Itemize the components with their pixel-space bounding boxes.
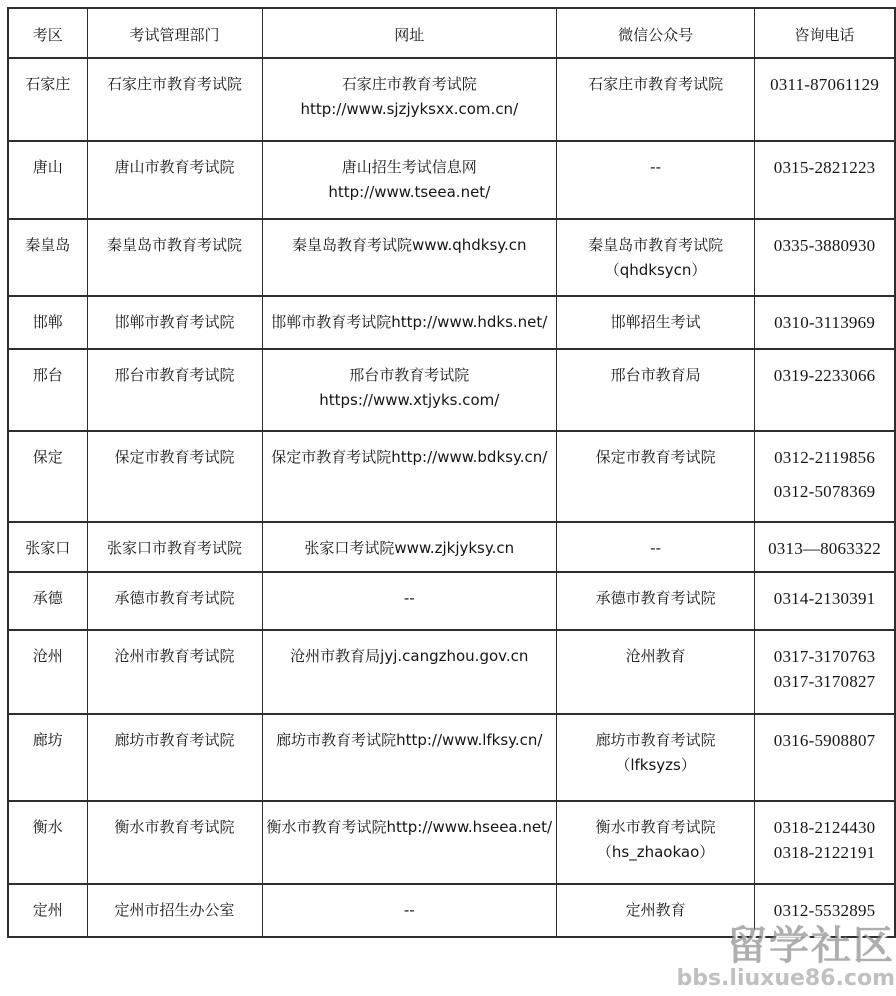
cell-department: 沧州市教育考试院 [87,630,262,714]
wechat-line: 石家庄市教育考试院 [561,74,750,95]
phone-line: 0312-5078369 [759,481,890,502]
cell-department: 廊坊市教育考试院 [87,714,262,801]
cell-phone: 0313—8063322 [755,522,895,572]
phone-line: 0312-5532895 [759,900,890,921]
wechat-line: 邢台市教育局 [561,365,750,386]
cell-website: 廊坊市教育考试院http://www.lfksy.cn/ [262,714,557,801]
cell-website: 唐山招生考试信息网http://www.tseea.net/ [262,141,557,219]
region-line: 石家庄 [13,74,83,95]
cell-department: 张家口市教育考试院 [87,522,262,572]
table-row: 廊坊廊坊市教育考试院廊坊市教育考试院http://www.lfksy.cn/廊坊… [8,714,895,801]
cell-wechat: 衡水市教育考试院（hs_zhaokao） [557,801,755,884]
cell-phone: 0312-5532895 [755,884,895,937]
phone-line: 0316-5908807 [759,730,890,751]
header-department: 考试管理部门 [87,8,262,58]
cell-wechat: 邢台市教育局 [557,349,755,431]
cell-department: 邯郸市教育考试院 [87,296,262,349]
cell-wechat: 石家庄市教育考试院 [557,58,755,141]
header-region: 考区 [8,8,87,58]
wechat-line: -- [561,157,750,178]
phone-line: 0310-3113969 [759,312,890,333]
website-line: 张家口考试院www.zjkjyksy.cn [267,538,553,559]
cell-phone: 0315-2821223 [755,141,895,219]
header-phone: 咨询电话 [755,8,895,58]
wechat-line: 邯郸招生考试 [561,312,750,333]
table-body: 石家庄石家庄市教育考试院石家庄市教育考试院http://www.sjzjyksx… [8,58,895,937]
cell-department: 承德市教育考试院 [87,572,262,630]
cell-website: 衡水市教育考试院http://www.hseea.net/ [262,801,557,884]
cell-wechat: -- [557,522,755,572]
region-line: 衡水 [13,817,83,838]
wechat-line: -- [561,538,750,559]
department-line: 秦皇岛市教育考试院 [92,235,258,256]
phone-line: 0335-3880930 [759,235,890,256]
department-line: 保定市教育考试院 [92,447,258,468]
website-line: 衡水市教育考试院http://www.hseea.net/ [267,817,553,838]
phone-line: 0312-2119856 [759,447,890,468]
cell-phone: 0318-21244300318-2122191 [755,801,895,884]
region-line: 秦皇岛 [13,235,83,256]
table-row: 邯郸邯郸市教育考试院邯郸市教育考试院http://www.hdks.net/邯郸… [8,296,895,349]
region-line: 邯郸 [13,312,83,333]
cell-website: 邯郸市教育考试院http://www.hdks.net/ [262,296,557,349]
cell-phone: 0312-21198560312-5078369 [755,431,895,522]
cell-phone: 0311-87061129 [755,58,895,141]
phone-line: 0319-2233066 [759,365,890,386]
wechat-line: （qhdksycn） [561,260,750,281]
table-row: 张家口张家口市教育考试院张家口考试院www.zjkjyksy.cn--0313—… [8,522,895,572]
watermark-url: bbs.liuxue86.com [676,968,895,990]
website-line: 邢台市教育考试院 [267,365,553,386]
cell-region: 定州 [8,884,87,937]
region-line: 唐山 [13,157,83,178]
website-line: 保定市教育考试院http://www.bdksy.cn/ [267,447,553,468]
region-line: 沧州 [13,646,83,667]
cell-wechat: 保定市教育考试院 [557,431,755,522]
table-row: 定州定州市招生办公室--定州教育0312-5532895 [8,884,895,937]
website-line: 唐山招生考试信息网 [267,157,553,178]
cell-wechat: 定州教育 [557,884,755,937]
phone-line: 0314-2130391 [759,588,890,609]
phone-line: 0318-2124430 [759,817,890,838]
cell-phone: 0317-31707630317-3170827 [755,630,895,714]
wechat-line: 沧州教育 [561,646,750,667]
cell-phone: 0316-5908807 [755,714,895,801]
table-row: 沧州沧州市教育考试院沧州市教育局jyj.cangzhou.gov.cn沧州教育0… [8,630,895,714]
wechat-line: 廊坊市教育考试院 [561,730,750,751]
cell-department: 秦皇岛市教育考试院 [87,219,262,296]
wechat-line: 定州教育 [561,900,750,921]
department-line: 邯郸市教育考试院 [92,312,258,333]
cell-region: 保定 [8,431,87,522]
table-row: 保定保定市教育考试院保定市教育考试院http://www.bdksy.cn/保定… [8,431,895,522]
cell-wechat: -- [557,141,755,219]
cell-region: 承德 [8,572,87,630]
cell-region: 邢台 [8,349,87,431]
phone-line: 0311-87061129 [759,74,890,95]
cell-region: 衡水 [8,801,87,884]
cell-website: 保定市教育考试院http://www.bdksy.cn/ [262,431,557,522]
exam-contact-table: 考区考试管理部门网址微信公众号咨询电话 石家庄石家庄市教育考试院石家庄市教育考试… [7,7,896,938]
website-line: 廊坊市教育考试院http://www.lfksy.cn/ [267,730,553,751]
website-line: 秦皇岛教育考试院www.qhdksy.cn [267,235,553,256]
table-row: 承德承德市教育考试院--承德市教育考试院0314-2130391 [8,572,895,630]
cell-phone: 0314-2130391 [755,572,895,630]
cell-website: -- [262,572,557,630]
cell-region: 邯郸 [8,296,87,349]
cell-department: 邢台市教育考试院 [87,349,262,431]
cell-region: 秦皇岛 [8,219,87,296]
website-line: 邯郸市教育考试院http://www.hdks.net/ [267,312,553,333]
department-line: 承德市教育考试院 [92,588,258,609]
region-line: 保定 [13,447,83,468]
cell-region: 唐山 [8,141,87,219]
cell-department: 保定市教育考试院 [87,431,262,522]
phone-line: 0317-3170827 [759,671,890,692]
wechat-line: 承德市教育考试院 [561,588,750,609]
cell-website: 沧州市教育局jyj.cangzhou.gov.cn [262,630,557,714]
wechat-line: 保定市教育考试院 [561,447,750,468]
cell-website: 邢台市教育考试院https://www.xtjyks.com/ [262,349,557,431]
cell-department: 石家庄市教育考试院 [87,58,262,141]
website-line: https://www.xtjyks.com/ [267,390,553,411]
wechat-line: （hs_zhaokao） [561,842,750,863]
header-website: 网址 [262,8,557,58]
region-line: 张家口 [13,538,83,559]
phone-line: 0313—8063322 [759,538,890,559]
website-line: -- [267,588,553,609]
website-line: 石家庄市教育考试院 [267,74,553,95]
header-row: 考区考试管理部门网址微信公众号咨询电话 [8,8,895,58]
website-line: http://www.sjzjyksxx.com.cn/ [267,99,553,120]
website-line: http://www.tseea.net/ [267,182,553,203]
wechat-line: 衡水市教育考试院 [561,817,750,838]
cell-wechat: 秦皇岛市教育考试院（qhdksycn） [557,219,755,296]
department-line: 定州市招生办公室 [92,900,258,921]
cell-website: 张家口考试院www.zjkjyksy.cn [262,522,557,572]
cell-department: 唐山市教育考试院 [87,141,262,219]
department-line: 石家庄市教育考试院 [92,74,258,95]
cell-phone: 0319-2233066 [755,349,895,431]
region-line: 承德 [13,588,83,609]
cell-department: 定州市招生办公室 [87,884,262,937]
cell-department: 衡水市教育考试院 [87,801,262,884]
table-row: 石家庄石家庄市教育考试院石家庄市教育考试院http://www.sjzjyksx… [8,58,895,141]
cell-wechat: 沧州教育 [557,630,755,714]
phone-line: 0315-2821223 [759,157,890,178]
department-line: 唐山市教育考试院 [92,157,258,178]
cell-website: 秦皇岛教育考试院www.qhdksy.cn [262,219,557,296]
region-line: 廊坊 [13,730,83,751]
wechat-line: 秦皇岛市教育考试院 [561,235,750,256]
header-wechat: 微信公众号 [557,8,755,58]
cell-website: 石家庄市教育考试院http://www.sjzjyksxx.com.cn/ [262,58,557,141]
department-line: 张家口市教育考试院 [92,538,258,559]
website-line: -- [267,900,553,921]
cell-region: 张家口 [8,522,87,572]
cell-website: -- [262,884,557,937]
wechat-line: （lfksyzs） [561,755,750,776]
cell-wechat: 邯郸招生考试 [557,296,755,349]
table-row: 唐山唐山市教育考试院唐山招生考试信息网http://www.tseea.net/… [8,141,895,219]
phone-line: 0317-3170763 [759,646,890,667]
table-row: 衡水衡水市教育考试院衡水市教育考试院http://www.hseea.net/衡… [8,801,895,884]
table-row: 邢台邢台市教育考试院邢台市教育考试院https://www.xtjyks.com… [8,349,895,431]
department-line: 衡水市教育考试院 [92,817,258,838]
cell-phone: 0310-3113969 [755,296,895,349]
region-line: 邢台 [13,365,83,386]
cell-phone: 0335-3880930 [755,219,895,296]
phone-line: 0318-2122191 [759,842,890,863]
cell-wechat: 廊坊市教育考试院（lfksyzs） [557,714,755,801]
department-line: 邢台市教育考试院 [92,365,258,386]
cell-wechat: 承德市教育考试院 [557,572,755,630]
department-line: 沧州市教育考试院 [92,646,258,667]
cell-region: 廊坊 [8,714,87,801]
cell-region: 沧州 [8,630,87,714]
department-line: 廊坊市教育考试院 [92,730,258,751]
cell-region: 石家庄 [8,58,87,141]
website-line: 沧州市教育局jyj.cangzhou.gov.cn [267,646,553,667]
region-line: 定州 [13,900,83,921]
table-row: 秦皇岛秦皇岛市教育考试院秦皇岛教育考试院www.qhdksy.cn秦皇岛市教育考… [8,219,895,296]
